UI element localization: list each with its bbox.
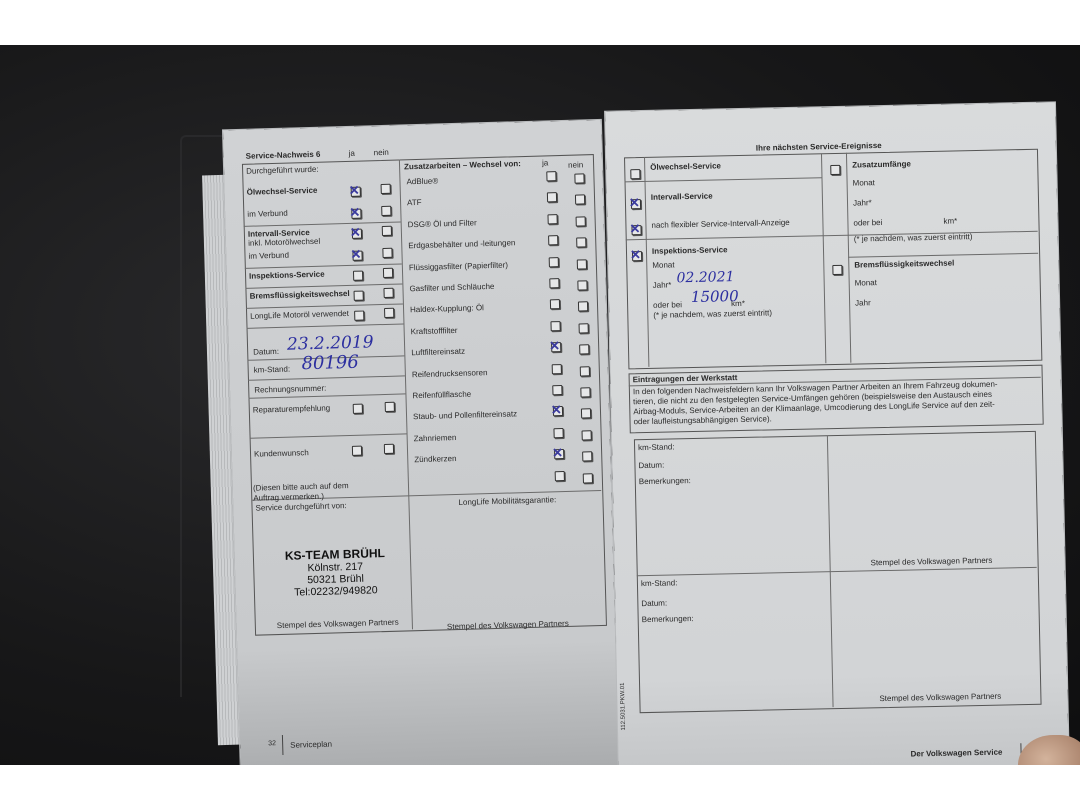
extra-work-yes-checkbox[interactable] xyxy=(546,171,556,181)
extra-scope-km-suffix: km* xyxy=(943,216,957,226)
left-header: Service-Nachweis 6 xyxy=(246,150,321,162)
oil-service-checkbox[interactable] xyxy=(630,169,640,179)
extra-work-yes-checkbox[interactable] xyxy=(554,449,564,459)
extra-work-label: Haldex-Kupplung: Öl xyxy=(410,304,484,316)
extra-work-no-checkbox[interactable] xyxy=(577,259,587,269)
inspection-service-checkbox[interactable] xyxy=(632,251,642,261)
extra-work-no-checkbox[interactable] xyxy=(580,387,590,397)
extra-work-no-checkbox[interactable] xyxy=(582,430,592,440)
oil-service-label: Ölwechsel-Service xyxy=(650,161,721,172)
service-label: im Verbund xyxy=(248,251,289,262)
extras-col-no: nein xyxy=(568,160,583,170)
entry2-remarks-label: Bemerkungen: xyxy=(642,614,694,625)
extra-work-yes-checkbox[interactable] xyxy=(550,299,560,309)
extra-work-yes-checkbox[interactable] xyxy=(547,214,557,224)
left-page: Service-Nachweis 6 ja nein Durchgeführt … xyxy=(223,120,619,765)
extra-work-yes-checkbox[interactable] xyxy=(552,385,562,395)
photo-background: Service-Nachweis 6 ja nein Durchgeführt … xyxy=(0,45,1080,765)
extra-work-yes-checkbox[interactable] xyxy=(549,257,559,267)
extra-work-yes-checkbox[interactable] xyxy=(547,192,557,202)
service-yes-checkbox[interactable] xyxy=(354,311,364,321)
interval-service-label: Intervall-Service xyxy=(651,192,713,203)
service-no-checkbox[interactable] xyxy=(381,184,391,194)
inspection-service-label: Inspektions-Service xyxy=(652,245,728,257)
service-yes-checkbox[interactable] xyxy=(352,229,362,239)
service-yes-checkbox[interactable] xyxy=(351,187,361,197)
extra-scope-label: Zusatzumfänge xyxy=(852,159,911,170)
repair-yes-checkbox[interactable] xyxy=(353,404,363,414)
service-no-checkbox[interactable] xyxy=(383,268,393,278)
extra-work-label: AdBlue® xyxy=(406,176,438,187)
stamp-caption-mobility: Stempel des Volkswagen Partners xyxy=(447,619,569,632)
service-no-checkbox[interactable] xyxy=(382,248,392,258)
service-label: Ölwechsel-Service xyxy=(247,186,318,198)
service-sublabel: inkl. Motorölwechsel xyxy=(248,237,320,249)
extra-work-no-checkbox[interactable] xyxy=(576,216,586,226)
col-yes: ja xyxy=(349,149,356,159)
service-no-checkbox[interactable] xyxy=(381,206,391,216)
entry2-date-label: Datum: xyxy=(641,599,667,610)
performed-label: Durchgeführt wurde: xyxy=(246,165,319,177)
col-no: nein xyxy=(374,148,389,158)
extra-work-yes-checkbox[interactable] xyxy=(553,406,563,416)
brake-fluid-checkbox[interactable] xyxy=(832,265,842,275)
entry1-km-label: km-Stand: xyxy=(638,442,675,453)
inspection-year-label: Jahr* xyxy=(653,280,672,290)
extra-work-yes-checkbox[interactable] xyxy=(552,364,562,374)
extra-work-yes-checkbox[interactable] xyxy=(551,342,561,352)
service-yes-checkbox[interactable] xyxy=(351,209,361,219)
interval-service-checkbox[interactable] xyxy=(631,199,641,209)
service-no-checkbox[interactable] xyxy=(383,288,393,298)
extra-work-no-checkbox[interactable] xyxy=(576,237,586,247)
left-page-number: 32 xyxy=(268,739,276,749)
inspection-year-value: 02.2021 xyxy=(676,269,734,286)
customer-wish-label: Kundenwunsch xyxy=(254,448,309,460)
service-yes-checkbox[interactable] xyxy=(353,271,363,281)
extra-work-label: DSG® Öl und Filter xyxy=(408,218,477,230)
km-value: 80196 xyxy=(301,352,359,375)
customer-wish-no-checkbox[interactable] xyxy=(384,444,394,454)
entry1-remarks-label: Bemerkungen: xyxy=(639,476,691,487)
extra-work-yes-checkbox[interactable] xyxy=(548,235,558,245)
next-services-frame xyxy=(624,149,1042,370)
extra-scope-checkbox[interactable] xyxy=(830,165,840,175)
service-no-checkbox[interactable] xyxy=(382,226,392,236)
extra-work-label: ATF xyxy=(407,198,422,208)
extra-work-no-checkbox[interactable] xyxy=(581,409,591,419)
brake-fluid-year-label: Jahr xyxy=(855,298,871,308)
extra-work-label: Zündkerzen xyxy=(414,454,457,465)
entry2-km-label: km-Stand: xyxy=(641,578,678,589)
extra-work-yes-checkbox[interactable] xyxy=(555,471,565,481)
extra-scope-km-prefix: oder bei xyxy=(853,218,882,229)
brake-fluid-month-label: Monat xyxy=(855,278,877,288)
invoice-label: Rechnungsnummer: xyxy=(254,384,326,396)
dealer-stamp: KS-TEAM BRÜHL Kölnstr. 217 50321 Brühl T… xyxy=(265,545,406,599)
right-footer-title: Der Volkswagen Service xyxy=(910,748,1002,760)
date-value: 23.2.2019 xyxy=(287,332,374,354)
extra-scope-month-label: Monat xyxy=(853,178,875,188)
extra-work-label: Reifendrucksensoren xyxy=(412,368,488,380)
extra-work-no-checkbox[interactable] xyxy=(580,366,590,376)
flexible-interval-checkbox[interactable] xyxy=(631,225,641,235)
extra-work-no-checkbox[interactable] xyxy=(577,280,587,290)
extra-scope-year-label: Jahr* xyxy=(853,198,872,208)
extra-work-no-checkbox[interactable] xyxy=(574,173,584,183)
entry1-date-label: Datum: xyxy=(638,461,664,472)
repair-no-checkbox[interactable] xyxy=(385,402,395,412)
extra-work-label: Luftfiltereinsatz xyxy=(411,347,465,358)
extra-work-no-checkbox[interactable] xyxy=(579,344,589,354)
customer-wish-yes-checkbox[interactable] xyxy=(352,446,362,456)
extra-work-yes-checkbox[interactable] xyxy=(549,278,559,288)
extra-work-no-checkbox[interactable] xyxy=(579,323,589,333)
service-yes-checkbox[interactable] xyxy=(352,251,362,261)
inspection-km-prefix: oder bei xyxy=(653,300,682,311)
extra-work-no-checkbox[interactable] xyxy=(582,451,592,461)
service-yes-checkbox[interactable] xyxy=(354,291,364,301)
right-page: Ihre nächsten Service-Ereignisse Ölwechs… xyxy=(605,102,1069,765)
service-label: Inspektions-Service xyxy=(249,270,325,282)
extra-work-label: Reifenfüllflasche xyxy=(412,390,471,402)
side-code: 112.5031.PKW.01 xyxy=(618,682,629,730)
km-label: km-Stand: xyxy=(254,365,291,376)
extra-work-label: Zahnriemen xyxy=(414,433,457,444)
service-no-checkbox[interactable] xyxy=(384,308,394,318)
extra-work-no-checkbox[interactable] xyxy=(578,302,588,312)
inspection-month-label: Monat xyxy=(652,260,674,270)
extra-work-no-checkbox[interactable] xyxy=(583,473,593,483)
brake-fluid-label: Bremsflüssigkeitswechsel xyxy=(854,259,954,271)
inspection-km-suffix: km* xyxy=(731,299,745,309)
service-label: im Verbund xyxy=(247,209,288,220)
date-label: Datum: xyxy=(253,347,279,358)
extra-work-label: Kraftstofffilter xyxy=(411,326,458,337)
extra-work-no-checkbox[interactable] xyxy=(575,195,585,205)
extra-work-yes-checkbox[interactable] xyxy=(550,321,560,331)
left-footer-title: Serviceplan xyxy=(290,740,332,751)
extras-col-yes: ja xyxy=(542,158,549,168)
extra-work-yes-checkbox[interactable] xyxy=(553,428,563,438)
